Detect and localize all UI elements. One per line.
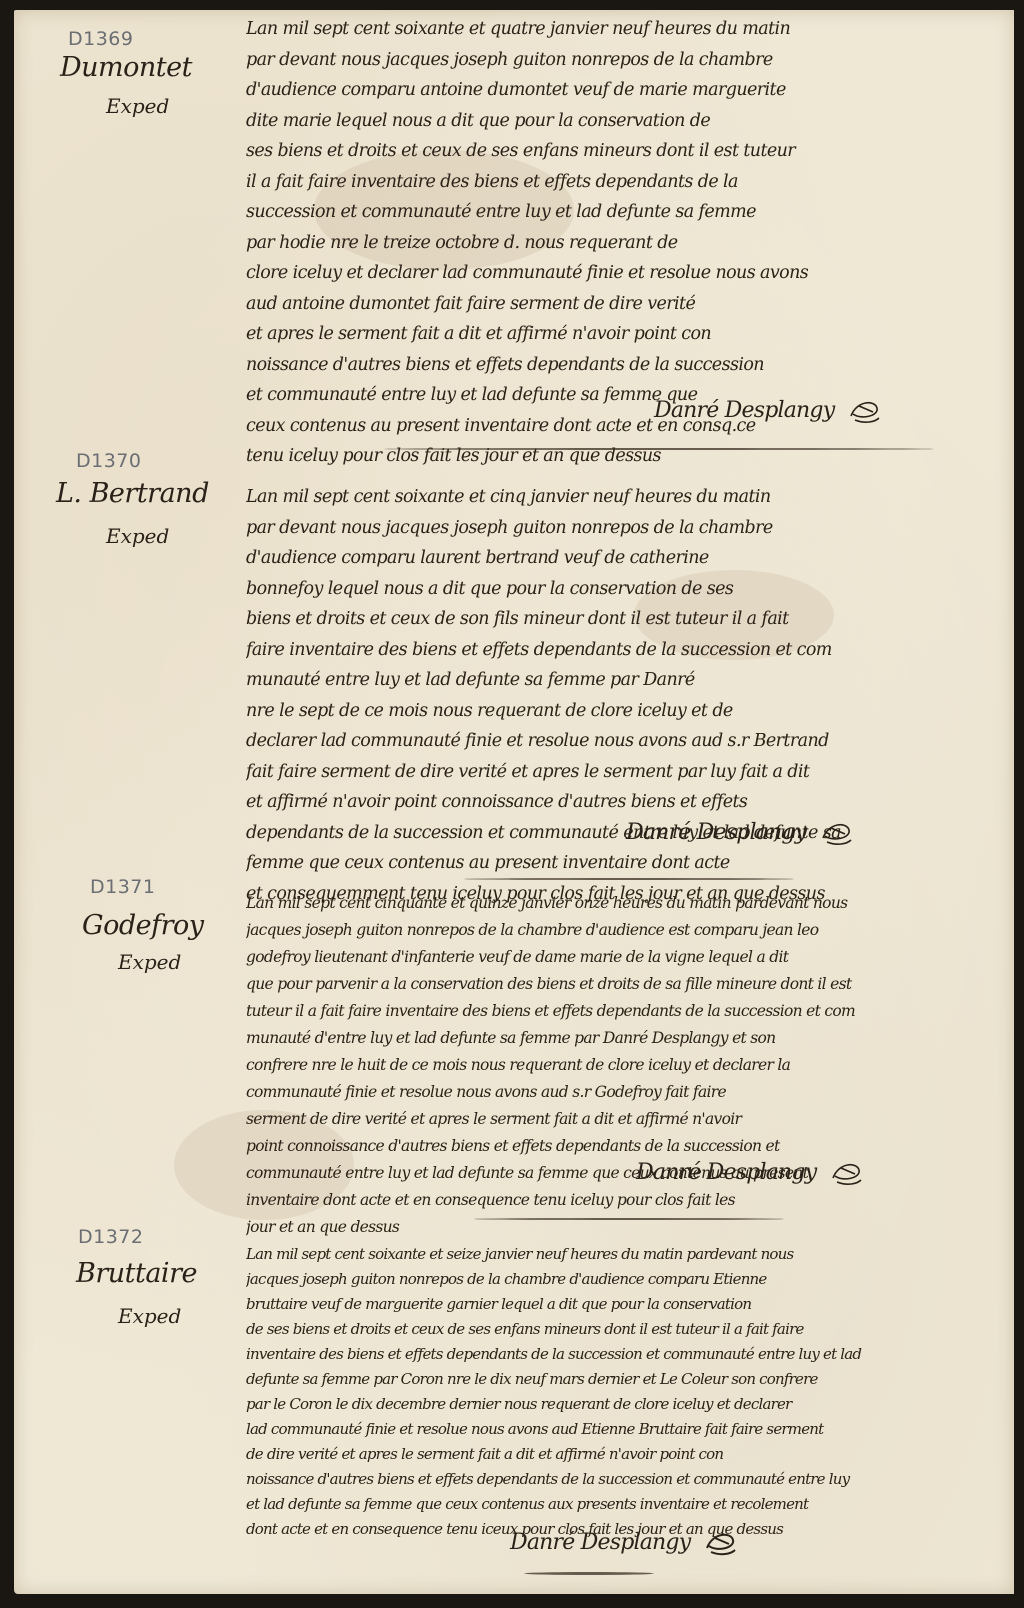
text-line: godefroy lieutenant d'infanterie veuf de…: [246, 944, 1006, 971]
text-line: d'audience comparu laurent bertrand veuf…: [246, 543, 1006, 574]
separator-flourish: [384, 448, 934, 450]
signature-underline: [524, 1572, 654, 1575]
paraph-icon: [703, 1530, 737, 1556]
text-line: et apres le serment fait a dit et affirm…: [246, 319, 1006, 350]
text-line: que pour parvenir a la conservation des …: [246, 971, 1006, 998]
signature-text: Danré Desplangy: [654, 398, 834, 423]
text-line: ses biens et droits et ceux de ses enfan…: [246, 136, 1006, 167]
text-line: dite marie lequel nous a dit que pour la…: [246, 106, 1006, 137]
text-line: succession et communauté entre luy et la…: [246, 197, 1006, 228]
text-line: bruttaire veuf de marguerite garnier leq…: [246, 1292, 1006, 1317]
text-line: de ses biens et droits et ceux de ses en…: [246, 1317, 1006, 1342]
paraph-icon: [847, 398, 881, 424]
manuscript-page: D1369 Dumontet Exped Lan mil sept cent s…: [14, 10, 1014, 1594]
text-line: bonnefoy lequel nous a dit que pour la c…: [246, 574, 1006, 605]
text-line: par devant nous jacques joseph guiton no…: [246, 45, 1006, 76]
archive-number: D1372: [78, 1226, 143, 1248]
text-line: de dire verité et apres le serment fait …: [246, 1442, 1006, 1467]
paraph-icon: [829, 1160, 863, 1186]
text-line: clore iceluy et declarer lad communauté …: [246, 258, 1006, 289]
text-line: par hodie nre le treize octobre d. nous …: [246, 228, 1006, 259]
notary-signature: Danré Desplangy: [636, 1160, 863, 1186]
text-line: Lan mil sept cent soixante et seize janv…: [246, 1242, 1006, 1267]
text-line: et lad defunte sa femme que ceux contenu…: [246, 1492, 1006, 1517]
text-line: jacques joseph guiton nonrepos de la cha…: [246, 917, 1006, 944]
archive-number: D1369: [68, 28, 133, 50]
margin-surname: Godefroy: [82, 910, 204, 941]
text-line: munauté d'entre luy et lad defunte sa fe…: [246, 1025, 1006, 1052]
text-line: biens et droits et ceux de son fils mine…: [246, 604, 1006, 635]
text-line: il a fait faire inventaire des biens et …: [246, 167, 1006, 198]
text-line: fait faire serment de dire verité et apr…: [246, 757, 1006, 788]
text-line: nre le sept de ce mois nous requerant de…: [246, 696, 1006, 727]
entry-body: Lan mil sept cent soixante et seize janv…: [246, 1242, 1006, 1542]
text-line: point connoissance d'autres biens et eff…: [246, 1133, 1006, 1160]
text-line: defunte sa femme par Coron nre le dix ne…: [246, 1367, 1006, 1392]
margin-annotation: Exped: [106, 524, 169, 548]
text-line: noissance d'autres biens et effets depen…: [246, 1467, 1006, 1492]
notary-signature: Danré Desplangy: [510, 1530, 737, 1556]
separator-flourish: [464, 878, 794, 880]
signature-text: Danré Desplangy: [636, 1160, 816, 1185]
text-line: femme que ceux contenus au present inven…: [246, 848, 1006, 879]
entry-body: Lan mil sept cent soixante et quatre jan…: [246, 14, 1006, 472]
text-line: inventaire dont acte et en consequence t…: [246, 1187, 1006, 1214]
text-line: serment de dire verité et apres le serme…: [246, 1106, 1006, 1133]
text-line: par le Coron le dix decembre dernier nou…: [246, 1392, 1006, 1417]
text-line: d'audience comparu antoine dumontet veuf…: [246, 75, 1006, 106]
text-line: Lan mil sept cent cinquante et quinze ja…: [246, 890, 1006, 917]
entry-body: Lan mil sept cent cinquante et quinze ja…: [246, 890, 1006, 1241]
text-line: aud antoine dumontet fait faire serment …: [246, 289, 1006, 320]
text-line: noissance d'autres biens et effets depen…: [246, 350, 1006, 381]
archive-number: D1370: [76, 450, 141, 472]
margin-surname: Dumontet: [60, 52, 192, 83]
text-line: communauté entre luy et lad defunte sa f…: [246, 1160, 1006, 1187]
margin-annotation: Exped: [106, 94, 169, 118]
text-line: Lan mil sept cent soixante et quatre jan…: [246, 14, 1006, 45]
margin-surname: L. Bertrand: [56, 478, 209, 509]
text-line: et communauté entre luy et lad defunte s…: [246, 380, 1006, 411]
text-line: jacques joseph guiton nonrepos de la cha…: [246, 1267, 1006, 1292]
text-line: declarer lad communauté finie et resolue…: [246, 726, 1006, 757]
text-line: munauté entre luy et lad defunte sa femm…: [246, 665, 1006, 696]
signature-text: Danré Desplangy: [626, 820, 806, 845]
text-line: par devant nous jacques joseph guiton no…: [246, 513, 1006, 544]
text-line: faire inventaire des biens et effets dep…: [246, 635, 1006, 666]
paraph-icon: [819, 820, 853, 846]
notary-signature: Danré Desplangy: [654, 398, 881, 424]
signature-text: Danré Desplangy: [510, 1530, 690, 1555]
text-line: lad communauté finie et resolue nous avo…: [246, 1417, 1006, 1442]
text-line: tenu iceluy pour clos fait les jour et a…: [246, 441, 1006, 472]
text-line: communauté finie et resolue nous avons a…: [246, 1079, 1006, 1106]
text-line: Lan mil sept cent soixante et cinq janvi…: [246, 482, 1006, 513]
margin-surname: Bruttaire: [76, 1258, 197, 1289]
text-line: confrere nre le huit de ce mois nous req…: [246, 1052, 1006, 1079]
margin-annotation: Exped: [118, 950, 181, 974]
archive-number: D1371: [90, 876, 155, 898]
text-line: ceux contenus au present inventaire dont…: [246, 411, 1006, 442]
margin-annotation: Exped: [118, 1304, 181, 1328]
text-line: tuteur il a fait faire inventaire des bi…: [246, 998, 1006, 1025]
notary-signature: Danré Desplangy: [626, 820, 853, 846]
text-line: et affirmé n'avoir point connoissance d'…: [246, 787, 1006, 818]
text-line: inventaire des biens et effets dependant…: [246, 1342, 1006, 1367]
separator-flourish: [474, 1218, 784, 1220]
